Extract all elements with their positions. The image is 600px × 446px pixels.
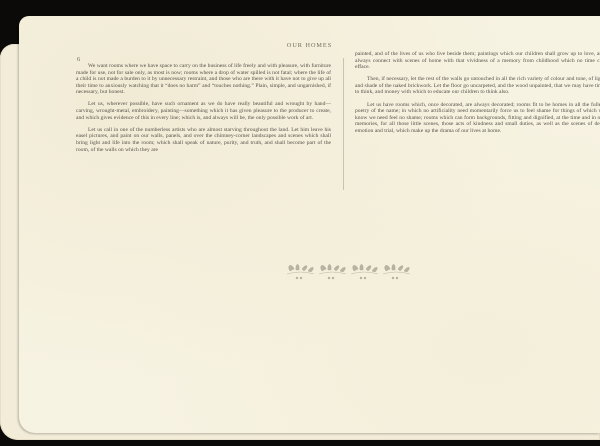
paragraph: painted, and of the lives of us who live…: [355, 51, 600, 71]
page-number: 6: [77, 56, 80, 63]
paragraph: Then, if necessary, let the rest of the …: [355, 76, 600, 96]
right-column: painted, and of the lives of us who live…: [355, 51, 600, 140]
column-divider: [343, 58, 344, 190]
paragraph: Let us have rooms which, once decorated,…: [355, 102, 600, 135]
leaf-scroll-ornament-icon: [284, 259, 414, 285]
paragraph: We want rooms where we have space to car…: [76, 63, 331, 96]
running-head: OUR HOMES: [19, 42, 600, 49]
paragraph: Let us, wherever possible, have such orn…: [76, 101, 331, 121]
book-page: OUR HOMES 6 We want rooms where we have …: [19, 16, 600, 433]
paragraph: Let us call in one of the numberless art…: [76, 127, 331, 153]
left-column: We want rooms where we have space to car…: [76, 63, 331, 159]
